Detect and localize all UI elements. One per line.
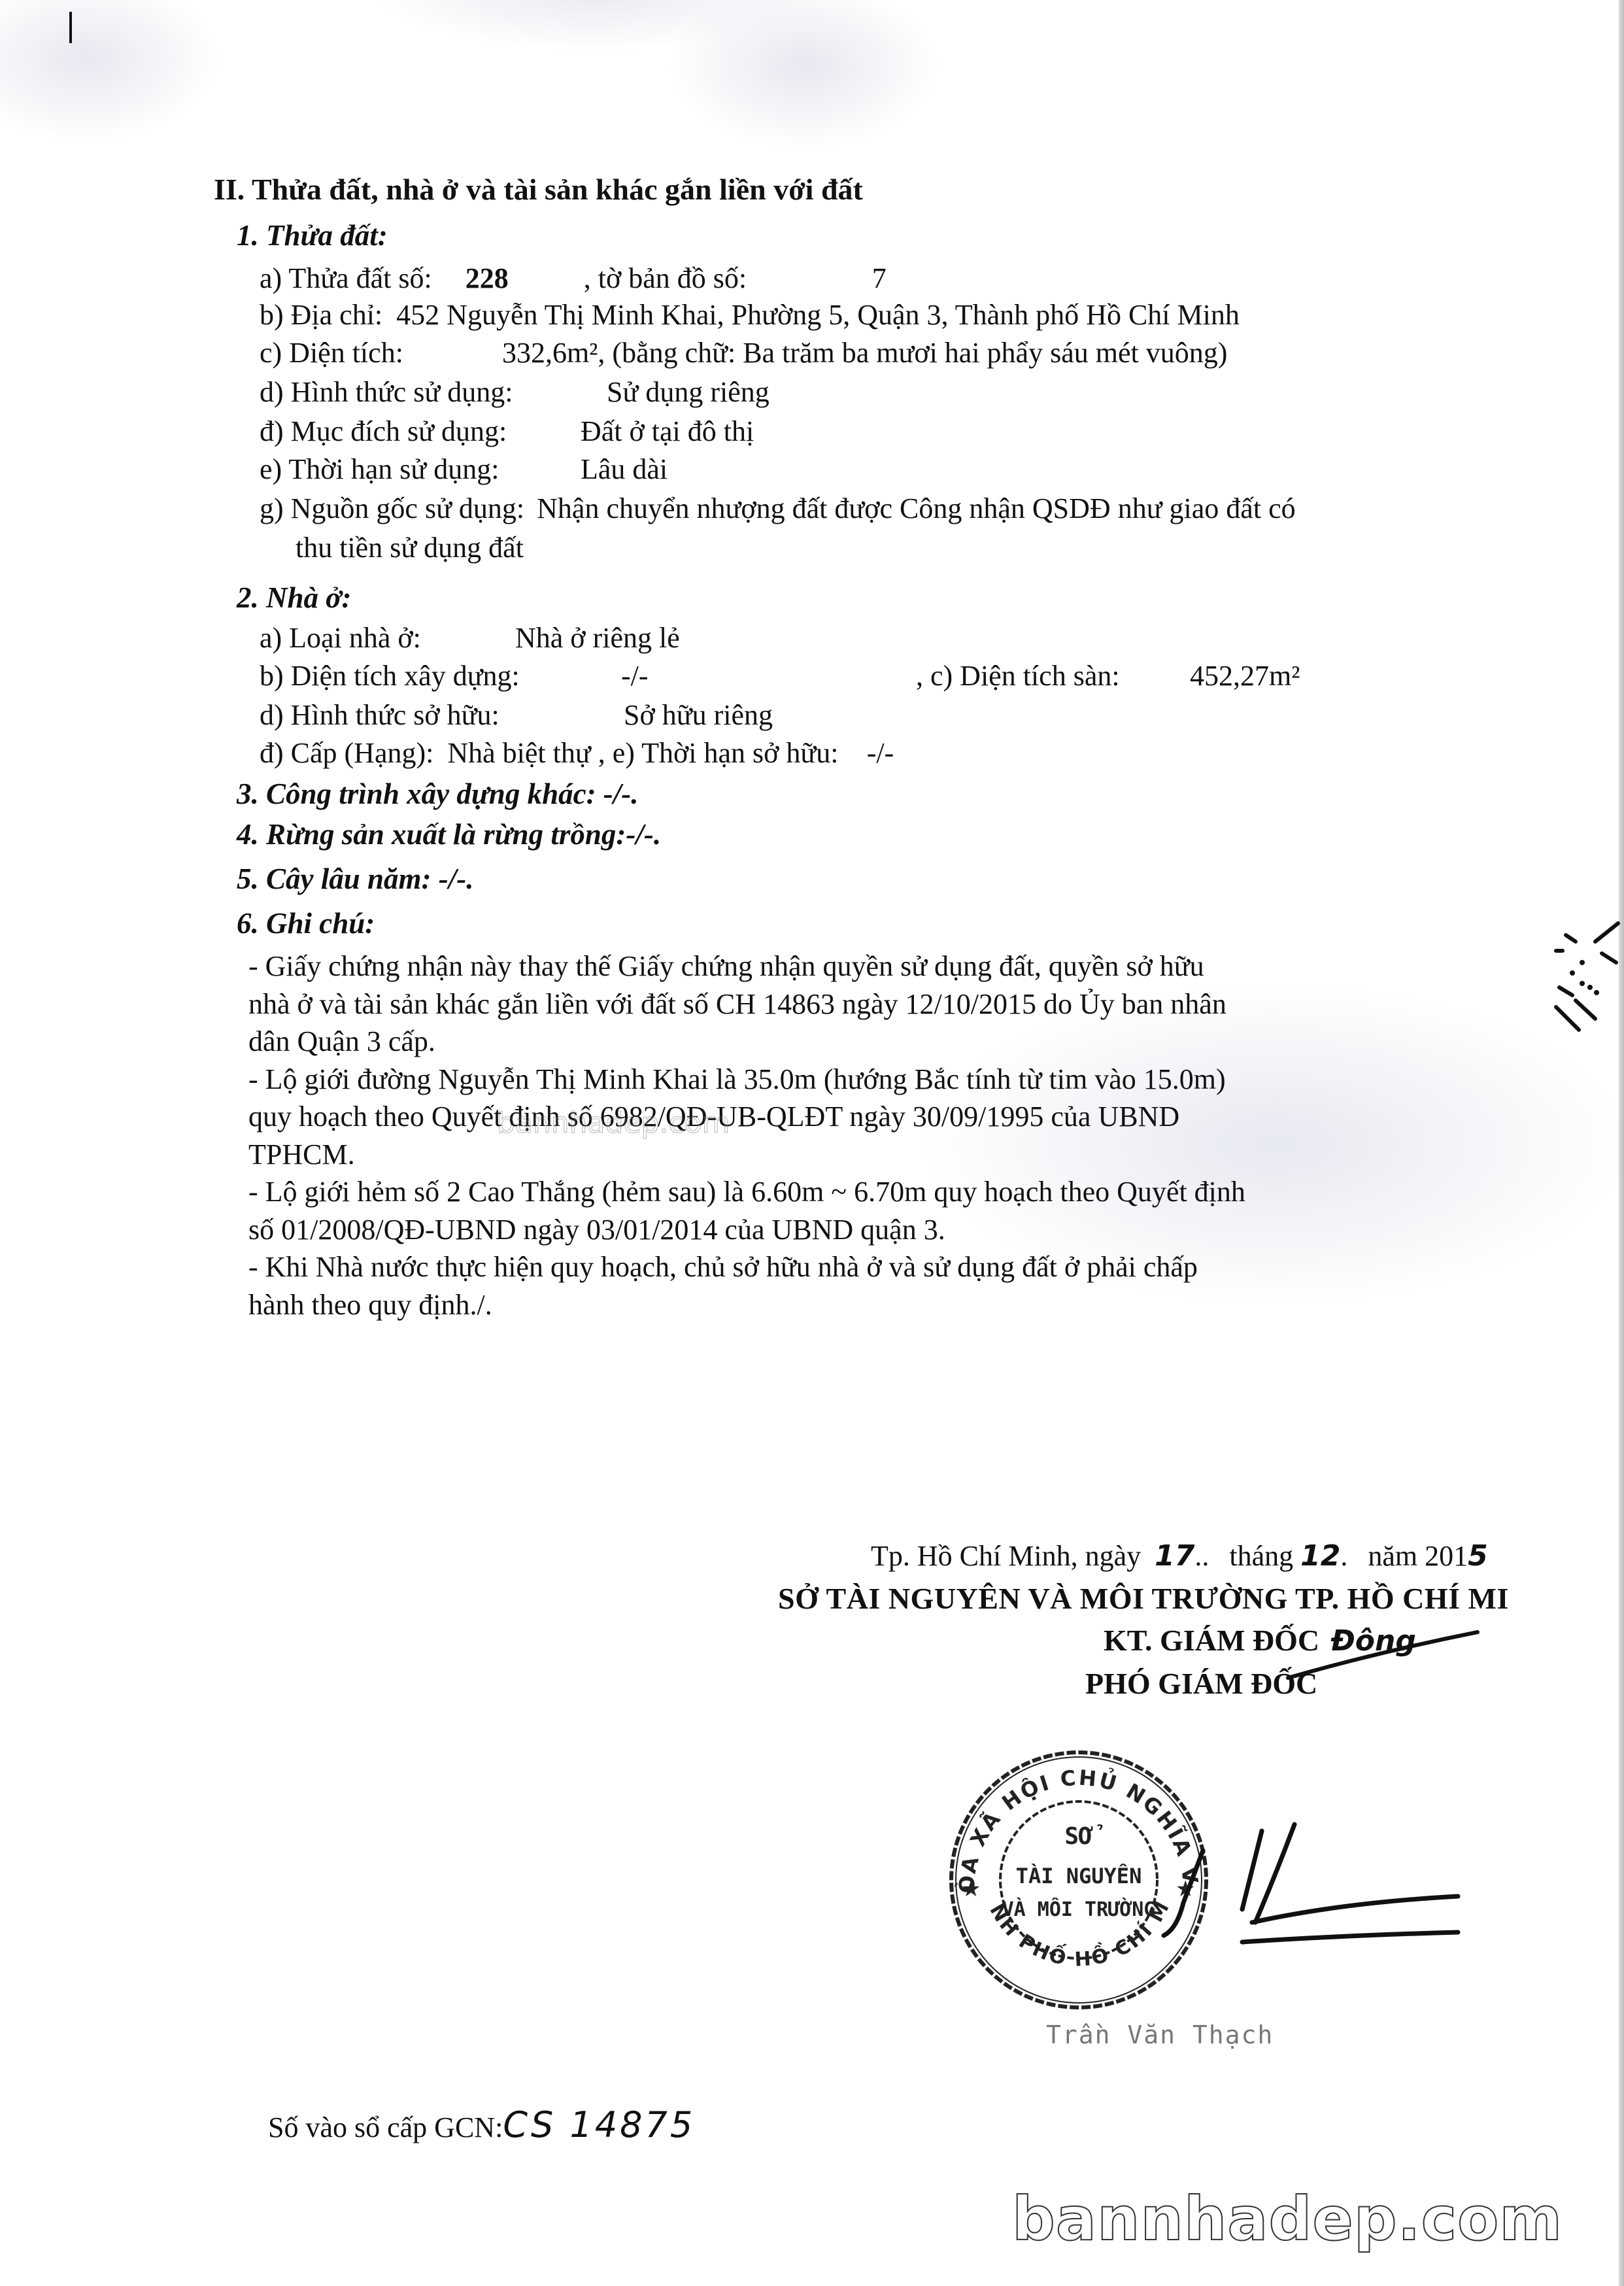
note-line: - Lộ giới hẻm số 2 Cao Thắng (hẻm sau) l… (248, 1175, 1245, 1209)
note-line: - Khi Nhà nước thực hiện quy hoạch, chủ … (248, 1250, 1198, 1284)
svg-text:★: ★ (961, 1876, 981, 1902)
note-line: nhà ở và tài sản khác gắn liền với đất s… (248, 987, 1226, 1021)
note-line: - Giấy chứng nhận này thay thế Giấy chứn… (248, 949, 1204, 983)
area-label: c) Diện tích: (260, 336, 495, 370)
notes-heading: 6. Ghi chú: (237, 906, 375, 940)
built-area-value: -/- (621, 659, 909, 693)
grade-label: đ) Cấp (Hạng): (260, 737, 433, 769)
signer-name: Trần Văn Thạch (1046, 2021, 1274, 2049)
origin-value-line1: Nhận chuyển nhượng đất được Công nhận QS… (537, 492, 1295, 524)
own-term-value: -/- (867, 737, 894, 769)
own-term-label: , e) Thời hạn sở hữu: (598, 736, 860, 770)
forest-heading: 4. Rừng sản xuất là rừng trồng:-/-. (237, 817, 661, 851)
address-value: 452 Nguyễn Thị Minh Khai, Phường 5, Quận… (396, 299, 1240, 331)
registry-number: CS 14875 (503, 2104, 695, 2145)
date-month: 12 (1300, 1539, 1340, 1573)
date-year-label: năm 201 (1368, 1540, 1468, 1572)
registry-label: Số vào sổ cấp GCN: (268, 2111, 503, 2143)
scan-shadow (0, 0, 222, 144)
note-line: hành theo quy định./. (248, 1288, 492, 1322)
date-prefix: Tp. Hồ Chí Minh, ngày (871, 1540, 1141, 1572)
scan-mark (69, 12, 72, 43)
origin-row: g) Nguồn gốc sử dụng: Nhận chuyển nhượng… (260, 492, 1296, 526)
signer-role: PHÓ GIÁM ĐỐC (1085, 1666, 1317, 1701)
grade-value: Nhà biệt thự (447, 737, 590, 769)
purpose-row: đ) Mục đích sử dụng: Đất ở tại đô thị (260, 415, 754, 449)
date-day: 17 (1155, 1539, 1194, 1573)
house-type-row: a) Loại nhà ở: Nhà ở riêng lẻ (260, 621, 680, 655)
purpose-value: Đất ở tại đô thị (581, 415, 754, 447)
scan-shadow (667, 0, 941, 150)
issuing-organization: SỞ TÀI NGUYÊN VÀ MÔI TRƯỜNG TP. HỒ CHÍ M… (778, 1581, 1509, 1616)
note-line: số 01/2008/QĐ-UBND ngày 03/01/2014 của U… (248, 1213, 945, 1247)
parcel-label: a) Thửa đất số: (260, 262, 432, 294)
scan-shadow (366, 0, 824, 52)
note-line: TPHCM. (248, 1138, 355, 1172)
watermark: bannhadep.com (1012, 2184, 1563, 2254)
use-form-value: Sử dụng riêng (607, 376, 770, 408)
scan-mark (1619, 0, 1624, 2286)
house-type-label: a) Loại nhà ở: (260, 621, 508, 655)
floor-area-label: , c) Diện tích sàn: (916, 659, 1183, 693)
parcel-number: 228 (465, 262, 577, 296)
built-area-row: b) Diện tích xây dựng: -/- , c) Diện tíc… (260, 659, 1300, 693)
address-label: b) Địa chỉ: (260, 299, 382, 331)
floor-area-value: 452,27m² (1190, 660, 1300, 692)
ownership-row: d) Hình thức sở hữu: Sở hữu riêng (260, 698, 773, 732)
other-works-heading: 3. Công trình xây dựng khác: -/-. (237, 777, 639, 811)
term-label: e) Thời hạn sử dụng: (260, 452, 573, 486)
term-row: e) Thời hạn sử dụng: Lâu dài (260, 452, 668, 486)
built-area-label: b) Diện tích xây dựng: (260, 659, 614, 693)
purpose-label: đ) Mục đích sử dụng: (260, 415, 573, 449)
house-type-value: Nhà ở riêng lẻ (515, 622, 680, 654)
map-label: , tờ bản đồ số: (584, 262, 865, 296)
grade-row: đ) Cấp (Hạng): Nhà biệt thự , e) Thời hạ… (260, 736, 894, 770)
use-form-row: d) Hình thức sử dụng: Sử dụng riêng (260, 375, 770, 409)
area-row: c) Diện tích: 332,6m², (bằng chữ: Ba tră… (260, 336, 1227, 370)
origin-value-line2: thu tiền sử dụng đất (296, 531, 524, 565)
use-form-label: d) Hình thức sử dụng: (260, 375, 600, 409)
ownership-label: d) Hình thức sở hữu: (260, 698, 617, 732)
edge-scribble (1556, 922, 1621, 1046)
perennial-heading: 5. Cây lâu năm: -/-. (237, 862, 474, 896)
map-number: 7 (872, 262, 887, 294)
ownership-value: Sở hữu riêng (624, 699, 773, 731)
date-month-label: tháng (1229, 1540, 1293, 1572)
house-heading: 2. Nhà ở: (237, 581, 351, 615)
section-title: II. Thửa đất, nhà ở và tài sản khác gắn … (214, 173, 863, 207)
watermark-faint: bannhadep.com (497, 1106, 730, 1140)
parcel-row: a) Thửa đất số: 228 , tờ bản đồ số: 7 (260, 262, 887, 296)
note-line: - Lộ giới đường Nguyễn Thị Minh Khai là … (248, 1063, 1226, 1097)
area-value: 332,6m², (502, 337, 605, 369)
registry-row: Số vào sổ cấp GCN:CS 14875 (268, 2104, 695, 2145)
note-line: dân Quận 3 cấp. (248, 1025, 435, 1059)
sign-date-row: Tp. Hồ Chí Minh, ngày 17.. tháng 12. năm… (871, 1539, 1488, 1573)
origin-label: g) Nguồn gốc sử dụng: (260, 492, 524, 524)
handwritten-signature (1111, 1824, 1478, 1988)
address-row: b) Địa chỉ: 452 Nguyễn Thị Minh Khai, Ph… (260, 298, 1240, 332)
date-year-digit: 5 (1468, 1539, 1488, 1573)
term-value: Lâu dài (581, 453, 668, 485)
stamp-center-line1: SỞ (1064, 1823, 1102, 1850)
land-heading: 1. Thửa đất: (237, 218, 388, 252)
area-words: (bằng chữ: Ba trăm ba mươi hai phẩy sáu … (612, 337, 1227, 369)
